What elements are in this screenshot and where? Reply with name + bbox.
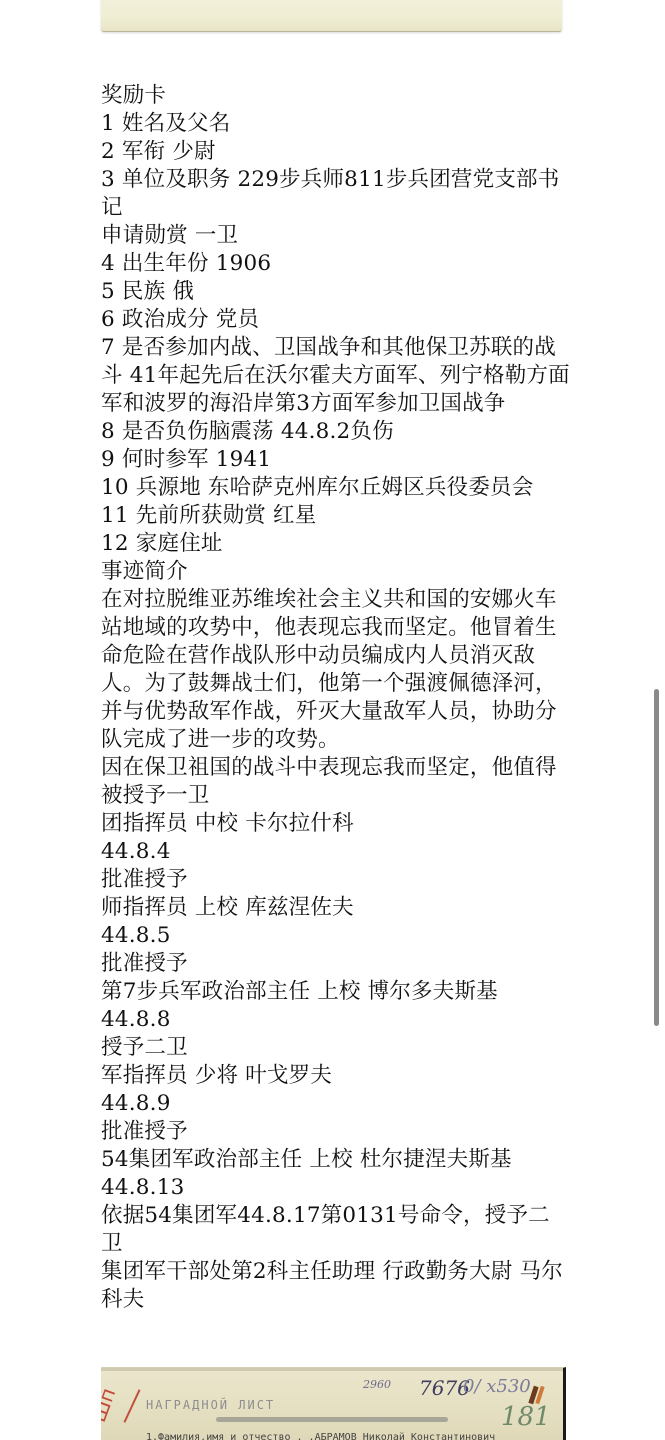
field-party: 6 政治成分 党员 (101, 306, 571, 334)
section-heading-deeds: 事迹简介 (101, 558, 571, 586)
field-birth-year: 4 出生年份 1906 (101, 250, 571, 278)
field-rank: 2 军衔 少尉 (101, 138, 571, 166)
typed-name-line: 1.Фамилия,имя и отчество . .АБРАМОВ Нико… (146, 1432, 495, 1440)
document-photo-bottom: Шп 2960 7676 0/ x530 181 НАГРАДНОЙ ЛИСТ … (101, 1367, 566, 1440)
signer-division: 师指挥员 上校 库兹涅佐夫 (101, 894, 571, 922)
signer-corps-political: 第7步兵军政治部主任 上校 博尔多夫斯基 (101, 978, 571, 1006)
order-reference: 依据54集团军44.8.17第0131号命令，授予二卫 (101, 1202, 571, 1258)
vertical-scrollbar[interactable] (654, 689, 659, 1026)
date-1: 44.8.4 (101, 838, 571, 866)
field-war-participation: 7 是否参加内战、卫国战争和其他保卫苏联的战斗 41年起先后在沃尔霍夫方面军、列… (101, 334, 571, 418)
approval-4: 批准授予 (101, 1118, 571, 1146)
home-indicator[interactable] (216, 1417, 448, 1422)
date-3: 44.8.8 (101, 1006, 571, 1034)
signer-regiment: 团指挥员 中校 卡尔拉什科 (101, 810, 571, 838)
document-photo-top (101, 0, 562, 32)
field-wounds: 8 是否负伤脑震荡 44.8.2负伤 (101, 418, 571, 446)
signer-corps: 军指挥员 少将 叶戈罗夫 (101, 1062, 571, 1090)
handwritten-number: 2960 (363, 1378, 391, 1391)
handwritten-number: 181 (501, 1402, 551, 1432)
typed-header: НАГРАДНОЙ ЛИСТ (146, 1398, 275, 1412)
approval-1: 批准授予 (101, 866, 571, 894)
field-enlisted: 9 何时参军 1941 (101, 446, 571, 474)
field-nationality: 5 民族 俄 (101, 278, 571, 306)
field-award-requested: 申请勋赏 一卫 (101, 222, 571, 250)
signer-army-political: 54集团军政治部主任 上校 杜尔捷涅夫斯基 (101, 1146, 571, 1174)
signer-personnel: 集团军干部处第2科主任助理 行政勤务大尉 马尔科夫 (101, 1258, 571, 1314)
deeds-paragraph: 在对拉脱维亚苏维埃社会主义共和国的安娜火车站地域的攻势中，他表现忘我而坚定。他冒… (101, 586, 571, 754)
approval-2: 批准授予 (101, 950, 571, 978)
date-4: 44.8.9 (101, 1090, 571, 1118)
recommendation: 因在保卫祖国的战斗中表现忘我而坚定，他值得被授予一卫 (101, 754, 571, 810)
field-name: 1 姓名及父名 (101, 110, 571, 138)
field-home-address: 12 家庭住址 (101, 530, 571, 558)
date-5: 44.8.13 (101, 1174, 571, 1202)
field-previous-awards: 11 先前所获勋赏 红星 (101, 502, 571, 530)
date-2: 44.8.5 (101, 922, 571, 950)
field-draft-office: 10 兵源地 东哈萨克州库尔丘姆区兵役委员会 (101, 474, 571, 502)
handwritten-number: 0/ x530 (463, 1376, 531, 1397)
field-unit-position: 3 单位及职务 229步兵师811步兵团营党支部书记 (101, 166, 571, 222)
card-title: 奖励卡 (101, 82, 571, 110)
photo-edge (101, 1368, 563, 1371)
award-card-text: 奖励卡 1 姓名及父名 2 军衔 少尉 3 单位及职务 229步兵师811步兵团… (101, 82, 571, 1314)
approval-3: 授予二卫 (101, 1034, 571, 1062)
